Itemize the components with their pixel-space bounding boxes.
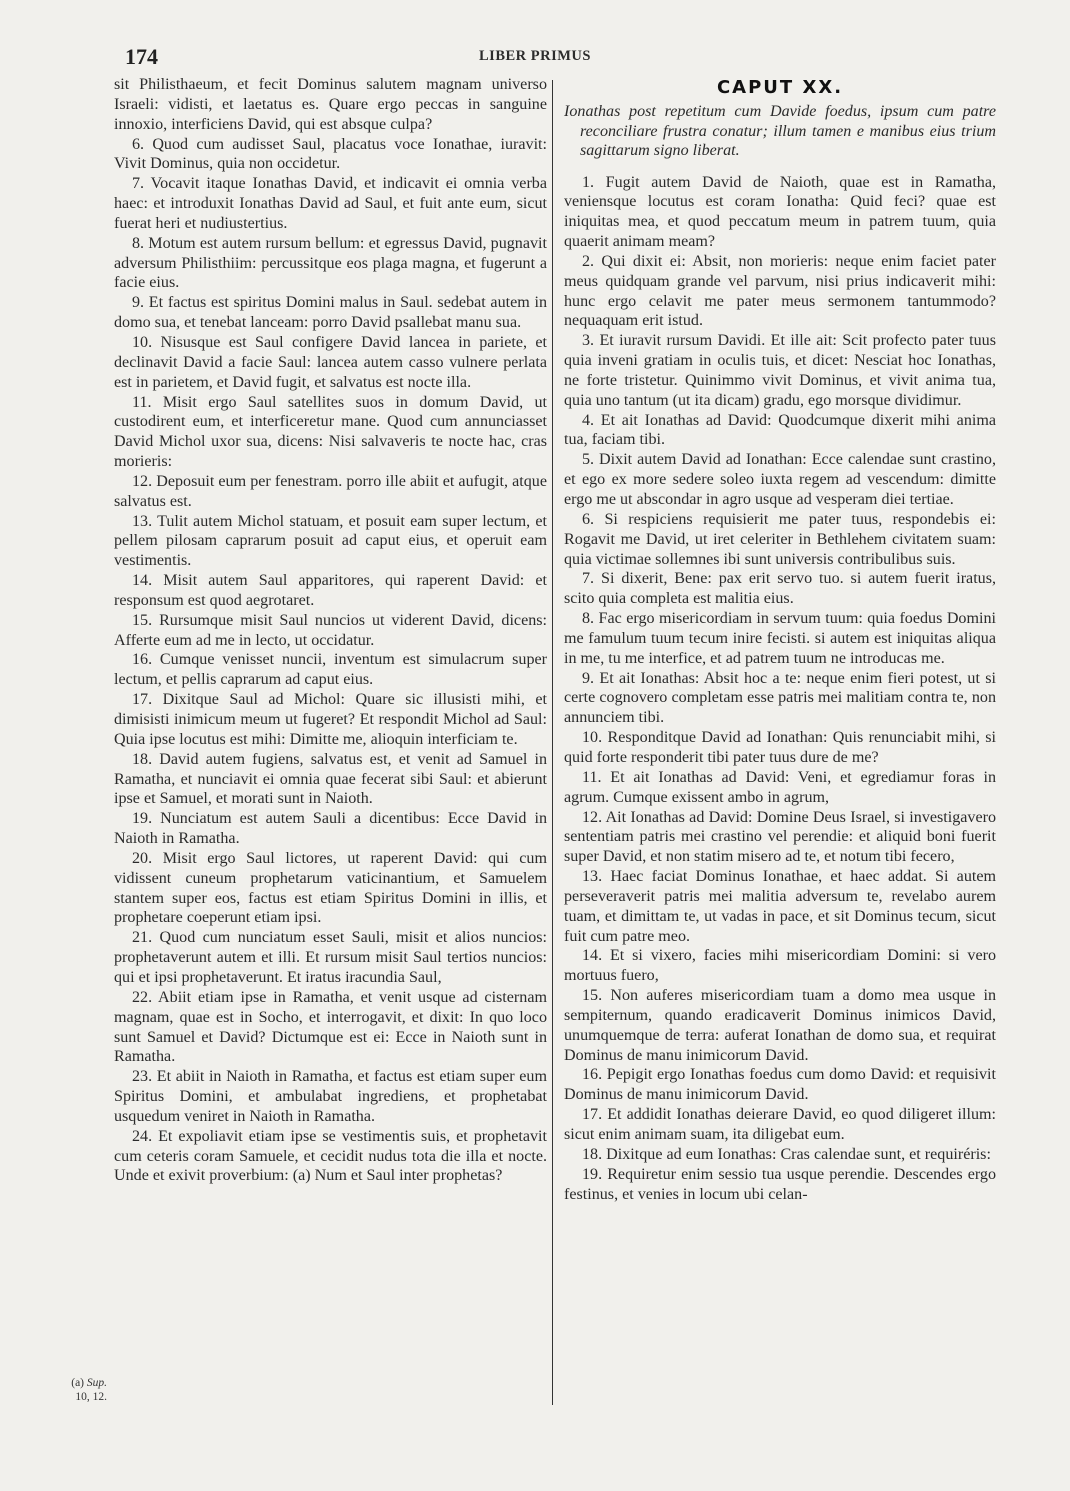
verse: 17. Et addidit Ionathas deierare David, …: [564, 1105, 996, 1145]
verse: 12. Ait Ionathas ad David: Domine Deus I…: [564, 808, 996, 868]
verse: 1. Fugit autem David de Naioth, quae est…: [564, 173, 996, 252]
verse: 11. Et ait Ionathas ad David: Veni, et e…: [564, 768, 996, 808]
verse: 7. Vocavit itaque Ionathas David, et ind…: [114, 174, 547, 234]
column-divider: [552, 80, 553, 1405]
verse: 6. Quod cum audisset Saul, placatus voce…: [114, 135, 547, 175]
verse: 13. Haec faciat Dominus Ionathae, et hae…: [564, 867, 996, 946]
verse: 8. Motum est autem rursum bellum: et egr…: [114, 234, 547, 294]
verse: 20. Misit ergo Saul lictores, ut raperen…: [114, 849, 547, 928]
verse: 13. Tulit autem Michol statuam, et posui…: [114, 512, 547, 572]
verse: 9. Et factus est spiritus Domini malus i…: [114, 293, 547, 333]
verse: 22. Abiit etiam ipse in Ramatha, et veni…: [114, 988, 547, 1067]
verse: 23. Et abiit in Naioth in Ramatha, et fa…: [114, 1067, 547, 1127]
verse: 4. Et ait Ionathas ad David: Quodcumque …: [564, 411, 996, 451]
verse: 2. Qui dixit ei: Absit, non morieris: ne…: [564, 252, 996, 331]
verse: 12. Deposuit eum per fenestram. porro il…: [114, 472, 547, 512]
verse: 19. Requiretur enim sessio tua usque per…: [564, 1165, 996, 1205]
marginal-note: (a) Sup. 10, 12.: [47, 1376, 107, 1404]
verse: 10. Responditque David ad Ionathan: Quis…: [564, 728, 996, 768]
verse: 16. Pepigit ergo Ionathas foedus cum dom…: [564, 1065, 996, 1105]
right-verse-list: 1. Fugit autem David de Naioth, quae est…: [564, 173, 996, 1205]
verse: 24. Et expoliavit etiam ipse se vestimen…: [114, 1127, 547, 1187]
verse: 7. Si dixerit, Bene: pax erit servo tuo.…: [564, 569, 996, 609]
verse: 6. Si respiciens requisierit me pater tu…: [564, 510, 996, 570]
verse: 3. Et iuravit rursum Davidi. Et ille ait…: [564, 331, 996, 410]
marginal-ref-numbers: 10, 12.: [75, 1391, 107, 1403]
verse: 14. Et si vixero, facies mihi misericord…: [564, 946, 996, 986]
verse: 18. David autem fugiens, salvatus est, e…: [114, 750, 547, 810]
left-verse-list: 6. Quod cum audisset Saul, placatus voce…: [114, 135, 547, 1187]
chapter-title: CAPUT XX.: [564, 77, 996, 99]
continuation-text: sit Philisthaeum, et fecit Dominus salut…: [114, 75, 547, 135]
right-column: CAPUT XX. Ionathas post repetitum cum Da…: [564, 75, 996, 1204]
verse: 5. Dixit autem David ad Ionathan: Ecce c…: [564, 450, 996, 510]
verse: 11. Misit ergo Saul satellites suos in d…: [114, 393, 547, 472]
left-column: sit Philisthaeum, et fecit Dominus salut…: [114, 75, 547, 1186]
verse: 18. Dixitque ad eum Ionathas: Cras calen…: [564, 1145, 996, 1165]
verse: 21. Quod cum nunciatum esset Sauli, misi…: [114, 928, 547, 988]
verse: 17. Dixitque Saul ad Michol: Quare sic i…: [114, 690, 547, 750]
marginal-ref: Sup.: [87, 1377, 107, 1389]
marginal-marker: (a): [71, 1377, 84, 1389]
verse: 15. Rursumque misit Saul nuncios ut vide…: [114, 611, 547, 651]
verse: 9. Et ait Ionathas: Absit hoc a te: nequ…: [564, 669, 996, 729]
running-title: LIBER PRIMUS: [0, 48, 1070, 65]
verse: 14. Misit autem Saul apparitores, qui ra…: [114, 571, 547, 611]
verse: 15. Non auferes misericordiam tuam a dom…: [564, 986, 996, 1065]
verse: 10. Nisusque est Saul configere David la…: [114, 333, 547, 393]
verse: 19. Nunciatum est autem Sauli a dicentib…: [114, 809, 547, 849]
chapter-summary: Ionathas post repetitum cum Davide foedu…: [564, 102, 996, 161]
verse: 8. Fac ergo misericordiam in servum tuum…: [564, 609, 996, 669]
verse: 16. Cumque venisset nuncii, inventum est…: [114, 650, 547, 690]
